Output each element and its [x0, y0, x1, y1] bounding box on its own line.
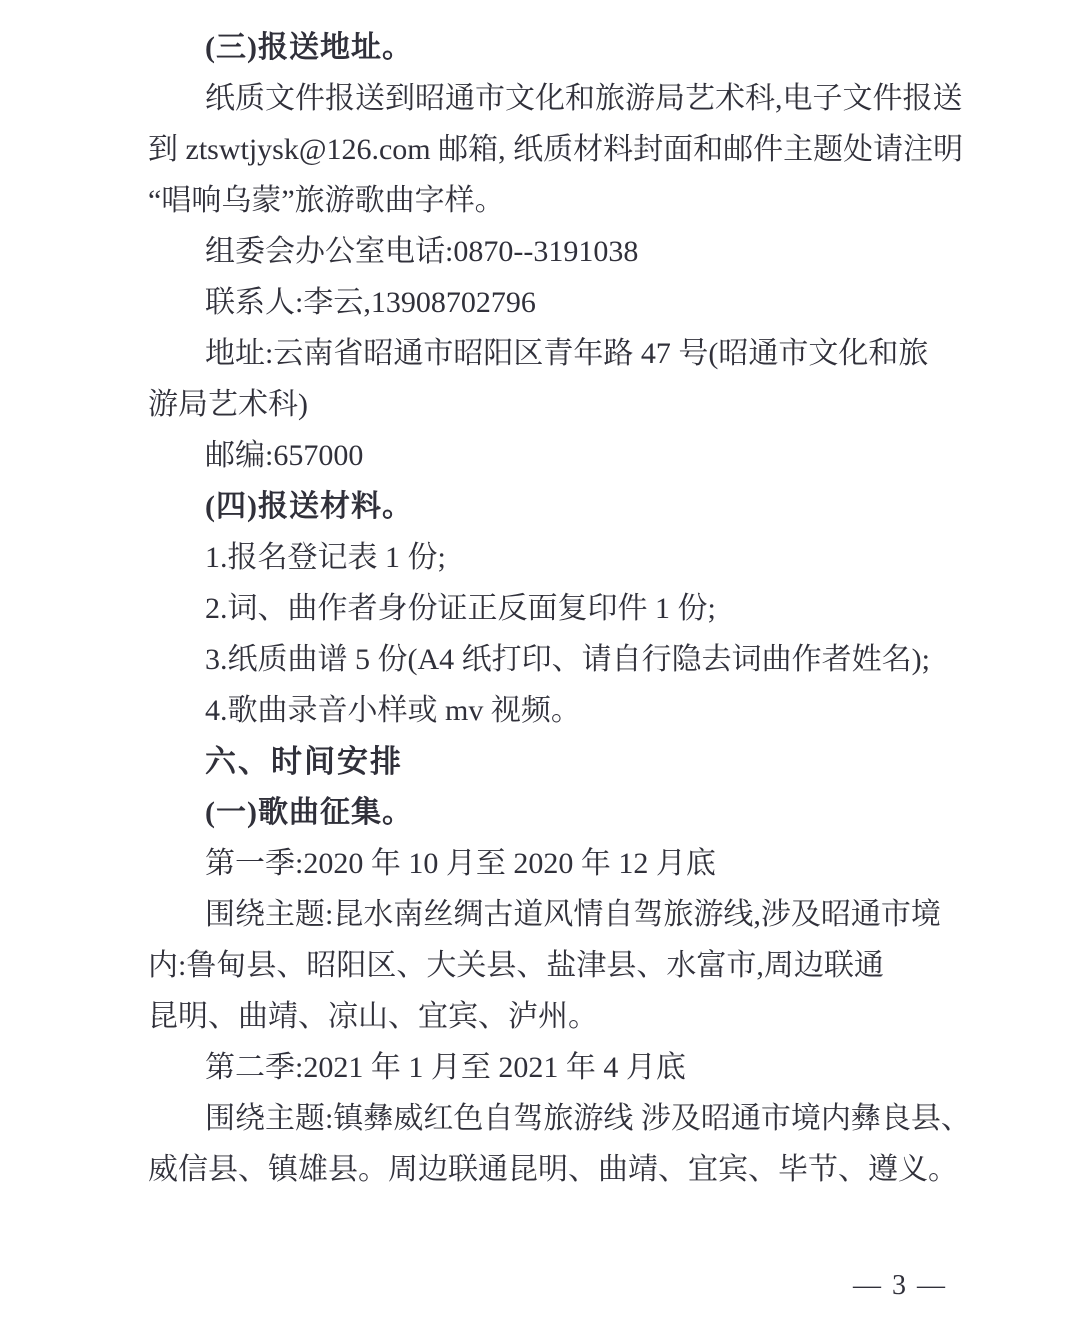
page-number: — 3 — [853, 1270, 947, 1302]
address-line: 游局艺术科) [148, 379, 963, 430]
paragraph-line: 纸质文件报送到昭通市文化和旅游局艺术科,电子文件报送 [148, 73, 963, 124]
section-heading-submission-materials: (四)报送材料。 [148, 481, 963, 532]
subsection-heading-song-collection: (一)歌曲征集。 [148, 787, 963, 838]
address-line: 地址:云南省昭通市昭阳区青年路 47 号(昭通市文化和旅 [148, 328, 963, 379]
season2-theme-line: 围绕主题:镇彝威红色自驾旅游线 涉及昭通市境内彝良县、 [148, 1093, 963, 1144]
office-phone-line: 组委会办公室电话:0870--3191038 [148, 226, 963, 277]
contact-line: 联系人:李云,13908702796 [148, 277, 963, 328]
document-body: (三)报送地址。 纸质文件报送到昭通市文化和旅游局艺术科,电子文件报送 到 zt… [148, 22, 963, 1195]
season1-theme-line: 昆明、曲靖、凉山、宜宾、泸州。 [148, 991, 963, 1042]
section-heading-schedule: 六、时间安排 [148, 736, 963, 787]
paragraph-line-email: 到 ztswtjysk@126.com 邮箱, 纸质材料封面和邮件主题处请注明 [148, 124, 963, 175]
season2-theme-line: 威信县、镇雄县。周边联通昆明、曲靖、宜宾、毕节、遵义。 [148, 1144, 963, 1195]
season1-theme-line: 内:鲁甸县、昭阳区、大关县、盐津县、水富市,周边联通 [148, 940, 963, 991]
season2-period-line: 第二季:2021 年 1 月至 2021 年 4 月底 [148, 1042, 963, 1093]
section-heading-submission-address: (三)报送地址。 [148, 22, 963, 73]
document-page: (三)报送地址。 纸质文件报送到昭通市文化和旅游局艺术科,电子文件报送 到 zt… [0, 0, 1080, 1343]
material-item: 2.词、曲作者身份证正反面复印件 1 份; [148, 583, 963, 634]
postal-code-line: 邮编:657000 [148, 430, 963, 481]
paragraph-line: “唱响乌蒙”旅游歌曲字样。 [148, 175, 963, 226]
season1-period-line: 第一季:2020 年 10 月至 2020 年 12 月底 [148, 838, 963, 889]
season1-theme-line: 围绕主题:昆水南丝绸古道风情自驾旅游线,涉及昭通市境 [148, 889, 963, 940]
material-item: 3.纸质曲谱 5 份(A4 纸打印、请自行隐去词曲作者姓名); [148, 634, 963, 685]
material-item: 1.报名登记表 1 份; [148, 532, 963, 583]
material-item: 4.歌曲录音小样或 mv 视频。 [148, 685, 963, 736]
